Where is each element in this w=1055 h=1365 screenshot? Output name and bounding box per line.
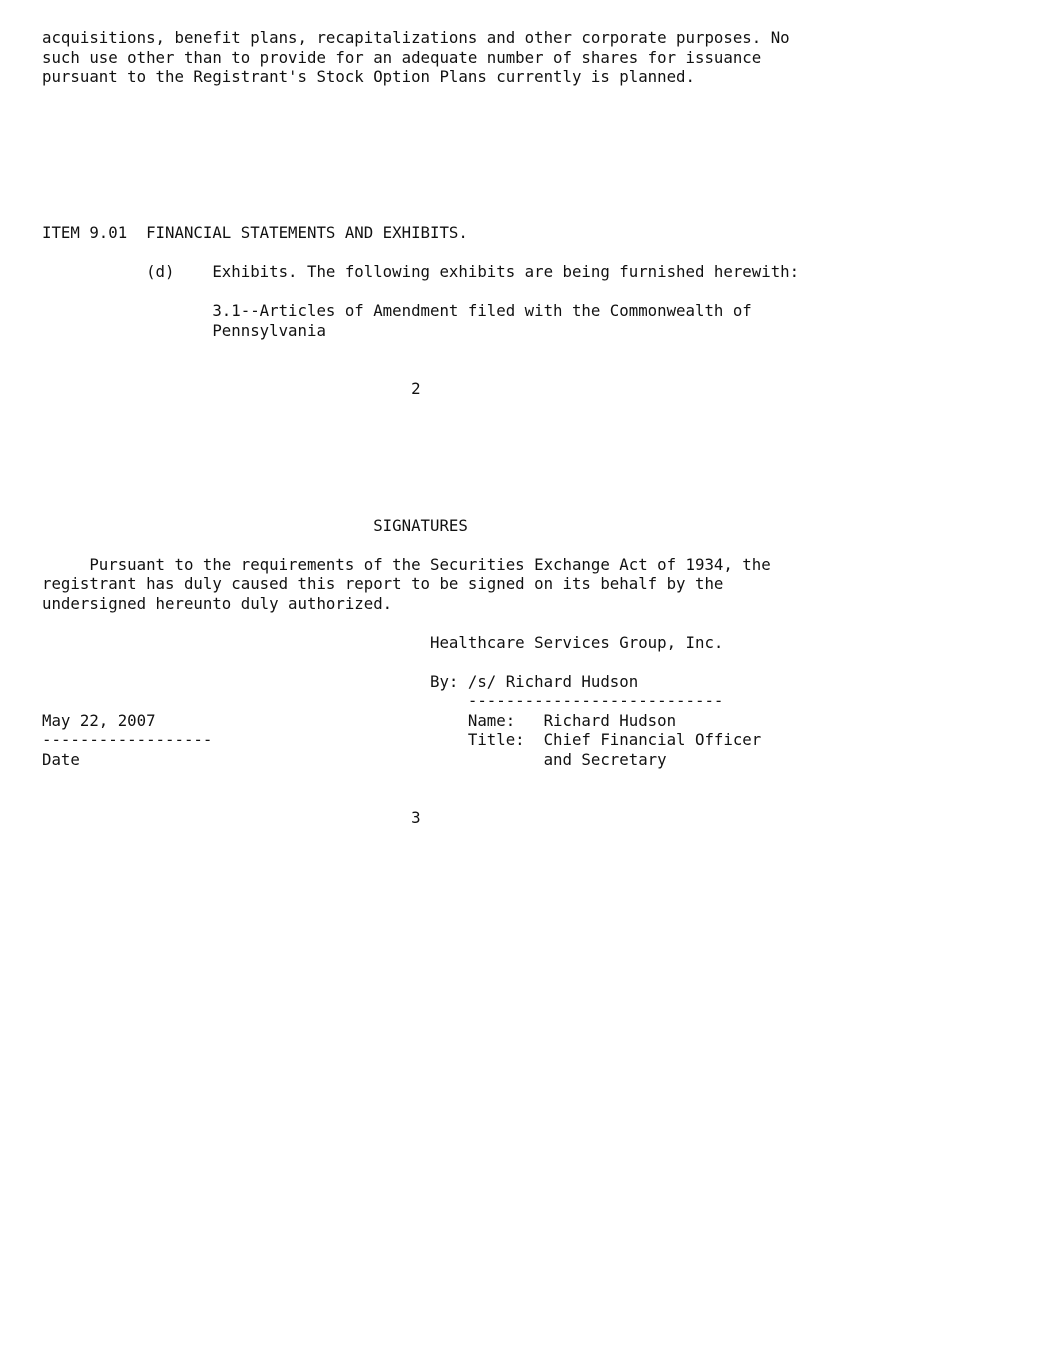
sec-filing-document: { "page": { "background_color": "#ffffff…: [0, 0, 1055, 1365]
document-text: acquisitions, benefit plans, recapitaliz…: [42, 28, 799, 828]
page-background: acquisitions, benefit plans, recapitaliz…: [0, 0, 1055, 1365]
